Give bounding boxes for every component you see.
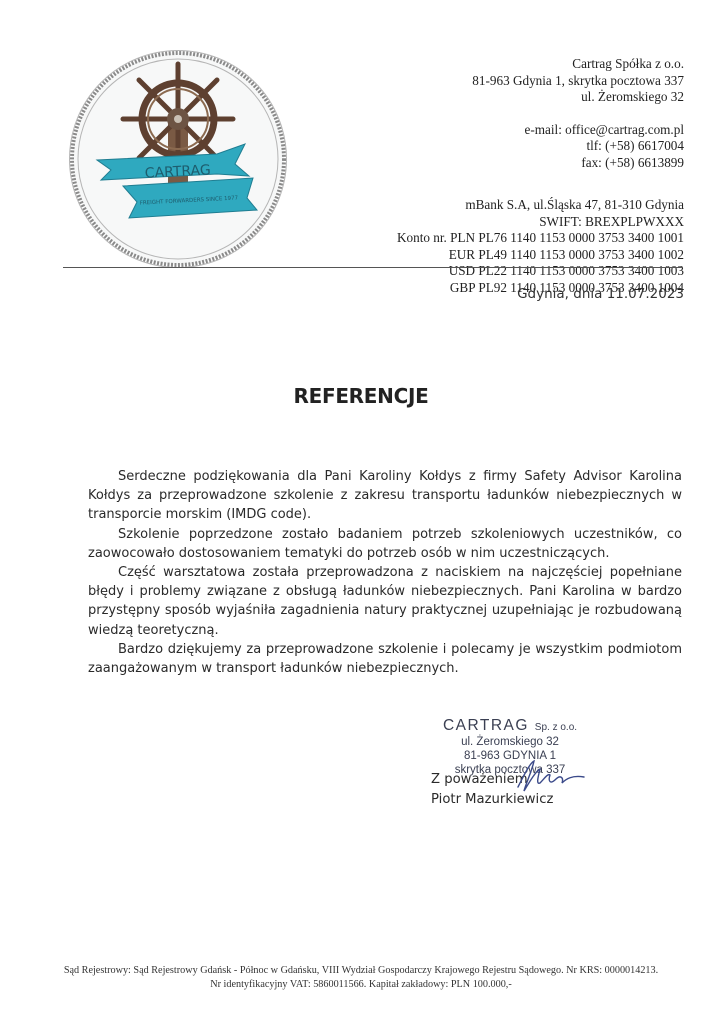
body-paragraph: Szkolenie poprzedzone zostało badaniem p…: [88, 525, 682, 563]
stamp-company-name: CARTRAG: [443, 717, 529, 734]
company-address-street: ul. Żeromskiego 32: [397, 89, 684, 106]
body-paragraph: Bardzo dziękujemy za przeprowadzone szko…: [88, 640, 682, 678]
document-title: REFERENCJE: [0, 384, 722, 408]
bank-account-eur: EUR PL49 1140 1153 0000 3753 3400 1002: [397, 247, 684, 264]
handwritten-signature-icon: [514, 757, 589, 797]
company-email: e-mail: office@cartrag.com.pl: [397, 122, 684, 139]
bank-account-usd: USD PL22 1140 1153 0000 3753 3400 1003: [397, 263, 684, 280]
body-paragraph: Część warsztatowa została przeprowadzona…: [88, 563, 682, 640]
stamp-street: ul. Żeromskiego 32: [430, 735, 590, 749]
stamp-company-suffix: Sp. z o.o.: [535, 722, 577, 733]
company-contact-block: Cartrag Spółka z o.o. 81-963 Gdynia 1, s…: [397, 56, 684, 296]
company-phone: tlf: (+58) 6617004: [397, 138, 684, 155]
header-divider: [63, 267, 683, 268]
ships-wheel-icon: CARTRAG FREIGHT FORWARDERS SINCE 1977: [67, 48, 289, 270]
footer-vat-capital: Nr identyfikacyjny VAT: 5860011566. Kapi…: [0, 978, 722, 992]
body-paragraph: Serdeczne podziękowania dla Pani Karolin…: [88, 467, 682, 525]
bank-account-pln: Konto nr. PLN PL76 1140 1153 0000 3753 3…: [397, 230, 684, 247]
letter-date: Gdynia, dnia 11.07.2023: [517, 286, 684, 302]
footer-registry-info: Sąd Rejestrowy: Sąd Rejestrowy Gdańsk - …: [0, 964, 722, 978]
company-fax: fax: (+58) 6613899: [397, 155, 684, 172]
letter-body: Serdeczne podziękowania dla Pani Karolin…: [88, 467, 682, 678]
bank-swift: SWIFT: BREXPLPWXXX: [397, 214, 684, 231]
company-name: Cartrag Spółka z o.o.: [397, 56, 684, 73]
company-logo: CARTRAG FREIGHT FORWARDERS SINCE 1977: [67, 48, 289, 270]
company-address-po-box: 81-963 Gdynia 1, skrytka pocztowa 337: [397, 73, 684, 90]
legal-footer: Sąd Rejestrowy: Sąd Rejestrowy Gdańsk - …: [0, 964, 722, 991]
bank-name: mBank S.A, ul.Śląska 47, 81-310 Gdynia: [397, 197, 684, 214]
